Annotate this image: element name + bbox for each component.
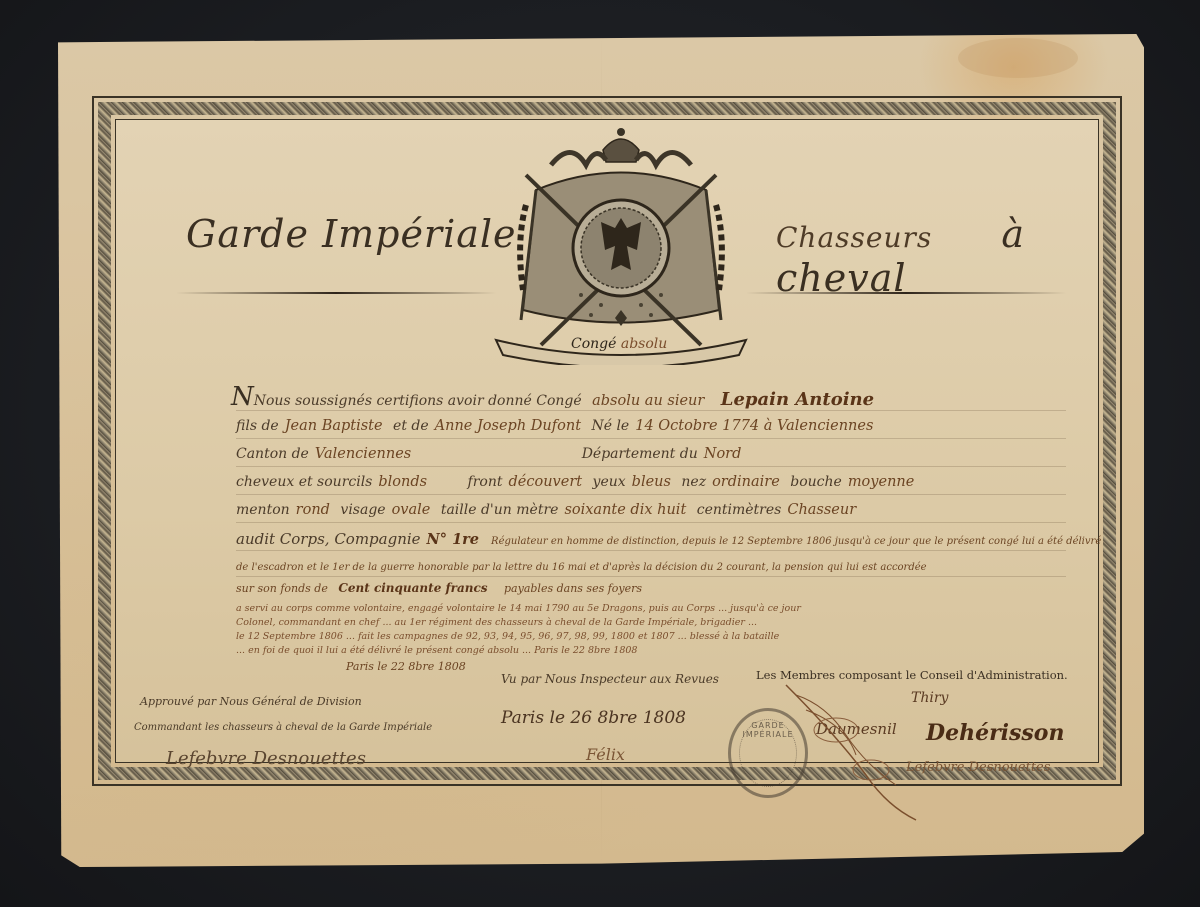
printed-text: yeux bbox=[593, 474, 626, 490]
eagle-crest-icon bbox=[481, 120, 761, 365]
printed-text: front bbox=[468, 474, 503, 490]
service-note: le 12 Septembre 1806 ... fait les campag… bbox=[236, 631, 1058, 642]
printed-text: Département du bbox=[582, 446, 698, 462]
department: Nord bbox=[698, 446, 748, 462]
printed-text: Né le bbox=[591, 418, 629, 434]
header-rule-left bbox=[176, 292, 496, 294]
printed-text: nez bbox=[681, 474, 706, 490]
mouth: moyenne bbox=[842, 474, 921, 490]
service-details: Régulateur en homme de distinction, depu… bbox=[485, 536, 1107, 547]
mother-name: Anne Joseph Dufont bbox=[429, 418, 587, 434]
face: ovale bbox=[386, 502, 437, 518]
inspector-label: Vu par Nous Inspecteur aux Revues bbox=[501, 672, 719, 686]
signature-felix: Félix bbox=[586, 745, 625, 764]
printed-text: visage bbox=[340, 502, 385, 518]
height: soixante dix huit bbox=[558, 502, 692, 518]
printed-text: centimètres bbox=[697, 502, 782, 518]
commander-label: Commandant les chasseurs à cheval de la … bbox=[134, 722, 432, 733]
ruled-line bbox=[236, 550, 1066, 551]
pension-decision: de l'escadron et le 1er de la guerre hon… bbox=[236, 562, 927, 573]
body-line-4: cheveux et sourcilsblonds frontdécouvert… bbox=[236, 474, 1058, 490]
handwritten-text: payables dans ses foyers bbox=[498, 582, 648, 595]
pension-amount: Cent cinquante francs bbox=[332, 581, 493, 595]
soldier-name: Lepain Antoine bbox=[715, 389, 880, 410]
chin: rond bbox=[290, 502, 336, 518]
printed-text: cheveux et sourcils bbox=[236, 474, 372, 490]
banner-conge: Congé bbox=[571, 336, 616, 352]
official-stamp: GARDE IMPÉRIALE bbox=[728, 708, 808, 798]
printed-text: Canton de bbox=[236, 446, 309, 462]
handwritten-text: absolu au sieur bbox=[586, 393, 710, 409]
ruled-line bbox=[236, 494, 1066, 495]
body-line-8: sur son fonds de Cent cinquante francs p… bbox=[236, 580, 1058, 596]
printed-text: Nous soussignés certifions avoir donné C… bbox=[254, 393, 582, 409]
ruled-line bbox=[236, 576, 1066, 577]
body-line-1: NNous soussignés certifions avoir donné … bbox=[231, 382, 1058, 412]
service-note: Colonel, commandant en chef ... au 1er r… bbox=[236, 617, 1058, 628]
printed-text: bouche bbox=[790, 474, 842, 490]
handwritten-text: sur son fonds de bbox=[236, 582, 328, 595]
body-line-5: mentonrond visageovale taille d'un mètre… bbox=[236, 502, 1058, 518]
printed-text: taille d'un mètre bbox=[441, 502, 559, 518]
father-name: Jean Baptiste bbox=[279, 418, 389, 434]
birth-date-place: 14 Octobre 1774 à Valenciennes bbox=[629, 418, 879, 434]
printed-text: menton bbox=[236, 502, 290, 518]
nose: ordinaire bbox=[706, 474, 786, 490]
banner-absolu: absolu bbox=[621, 336, 667, 352]
place-date: Paris le 26 8bre 1808 bbox=[501, 708, 686, 728]
nous-capital: N bbox=[231, 382, 254, 412]
crest-banner-text: Congé absolu bbox=[571, 336, 667, 352]
notes-date: Paris le 22 8bre 1808 bbox=[346, 660, 466, 673]
body-line-2: fils deJean Baptiste et deAnne Joseph Du… bbox=[236, 418, 1058, 434]
signature-lefebvre: Lefebvre Desnouettes bbox=[166, 748, 366, 769]
ruled-line bbox=[236, 438, 1066, 439]
printed-text: et de bbox=[393, 418, 429, 434]
ruled-line bbox=[236, 466, 1066, 467]
forehead: découvert bbox=[503, 474, 589, 490]
service-note: a servi au corps comme volontaire, engag… bbox=[236, 603, 1058, 614]
printed-text: audit Corps, Compagnie bbox=[236, 530, 421, 548]
unit-handwritten: Chasseurs bbox=[776, 221, 932, 254]
eye-color: bleus bbox=[626, 474, 677, 490]
body-line-6: audit Corps, CompagnieN° 1reRégulateur e… bbox=[236, 530, 1058, 548]
body-line-7: de l'escadron et le 1er de la guerre hon… bbox=[236, 558, 1058, 574]
water-stain bbox=[958, 38, 1078, 78]
printed-text: fils de bbox=[236, 418, 279, 434]
approval-label: Approuvé par Nous Général de Division bbox=[140, 695, 362, 708]
company-number: N° 1re bbox=[421, 531, 486, 548]
imperial-crest: Congé absolu bbox=[481, 120, 761, 365]
title-garde-imperiale: Garde Impériale bbox=[186, 212, 517, 256]
ruled-line bbox=[236, 522, 1066, 523]
hair-color: blonds bbox=[372, 474, 433, 490]
title-unit: Chasseurs à cheval bbox=[776, 212, 1098, 300]
canton: Valenciennes bbox=[309, 446, 417, 462]
decorative-border-outer: Garde Impériale Chasseurs à cheval bbox=[92, 96, 1122, 786]
body-line-3: Canton deValenciennes Département duNord bbox=[236, 446, 1058, 462]
stamp-text: GARDE IMPÉRIALE bbox=[731, 721, 805, 739]
certificate-content-area: Garde Impériale Chasseurs à cheval bbox=[115, 119, 1099, 763]
header-rule-right bbox=[746, 292, 1066, 294]
rank: Chasseur bbox=[781, 502, 862, 518]
certificate-paper: Garde Impériale Chasseurs à cheval bbox=[58, 34, 1144, 867]
service-note: ... en foi de quoi il lui a été délivré … bbox=[236, 645, 1058, 656]
